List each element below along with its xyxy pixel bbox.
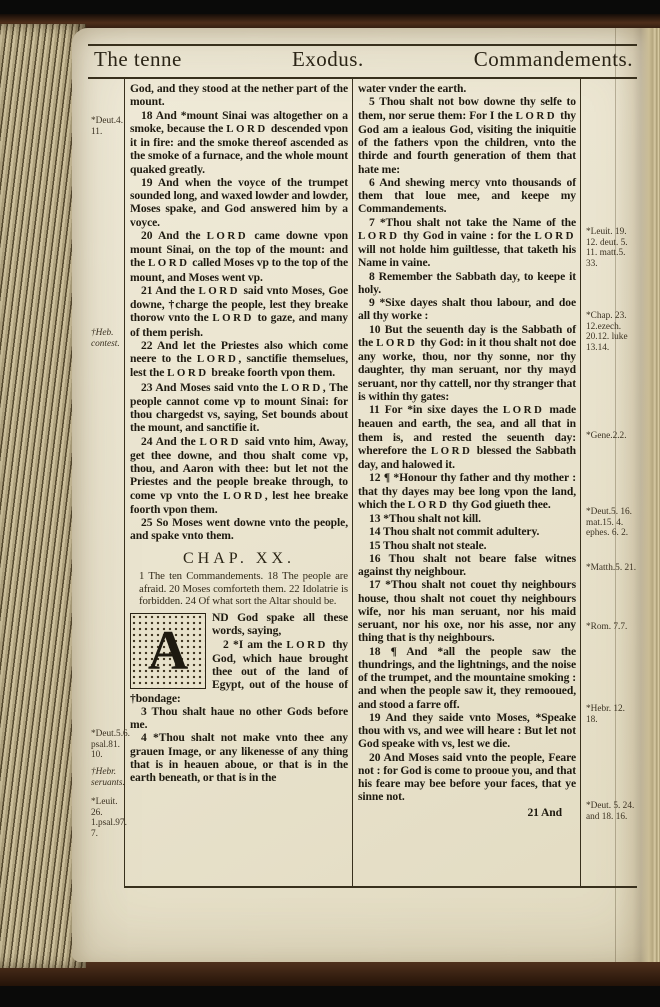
verse-paragraph: 19 And they saide vnto Moses, *Speake th… <box>358 711 576 751</box>
margin-note: *Deut.5.6. psal.81. 10. <box>91 729 122 761</box>
margin-note: *Chap. 23. 12.ezech. 20.12. luke 13.14. <box>586 311 637 353</box>
verse-paragraph: 15 Thou shalt not steale. <box>358 539 576 552</box>
running-header: The tenne Exodus. Commandements. <box>88 44 637 79</box>
verse-paragraph: 5 Thou shalt not bow downe thy selfe to … <box>358 95 576 176</box>
lord-smallcaps: LORD <box>408 499 449 511</box>
margin-note: *Deut. 5. 24. and 18. 16. <box>586 801 637 822</box>
verse-paragraph: 17 *Thou shalt not couet thy neighbours … <box>358 578 576 644</box>
left-margin-notes-column: *Deut.4. 11.†Heb. contest.*Deut.5.6. psa… <box>88 79 124 888</box>
margin-note: *Deut.5. 16. mat.15. 4. ephes. 6. 2. <box>586 507 637 539</box>
margin-note: †Hebr. seruants. <box>91 767 122 788</box>
verse-paragraph: 8 Remember the Sabbath day, to keepe it … <box>358 270 576 297</box>
verse-paragraph: 18 And *mount Sinai was altogether on a … <box>130 109 348 176</box>
verse-paragraph-initial: AND God spake all these words, saying, <box>130 611 348 638</box>
page-body: *Deut.4. 11.†Heb. contest.*Deut.5.6. psa… <box>88 79 637 888</box>
main-text-area: God, and they stood at the nether part o… <box>124 79 637 888</box>
verse-paragraph: 24 And the LORD said vnto him, Away, get… <box>130 435 348 517</box>
lord-smallcaps: LORD <box>223 490 264 502</box>
lord-smallcaps: LORD <box>503 404 544 416</box>
verse-paragraph: 7 *Thou shalt not take the Name of the L… <box>358 216 576 270</box>
columns-wrap: God, and they stood at the nether part o… <box>124 79 581 886</box>
lord-smallcaps: LORD <box>358 230 399 242</box>
margin-note: *Leuit. 19. 12. deut. 5. 11. matt.5. 33. <box>586 227 637 269</box>
lord-smallcaps: LORD <box>226 123 267 135</box>
margin-note: *Gene.2.2. <box>586 431 637 442</box>
lord-smallcaps: LORD <box>286 639 327 651</box>
lord-smallcaps: LORD <box>200 436 241 448</box>
lord-smallcaps: LORD <box>198 285 239 297</box>
running-header-center: Exodus. <box>292 47 364 72</box>
lord-smallcaps: LORD <box>281 382 322 394</box>
chapter-heading: CHAP. XX. <box>130 552 348 565</box>
lord-smallcaps: LORD <box>167 367 208 379</box>
verse-paragraph: 13 *Thou shalt not kill. <box>358 512 576 525</box>
lord-smallcaps: LORD <box>516 110 557 122</box>
verse-paragraph: 20 And the LORD came downe vpon mount Si… <box>130 229 348 284</box>
lord-smallcaps: LORD <box>197 353 238 365</box>
text-column-right: water vnder the earth.5 Thou shalt not b… <box>353 79 580 886</box>
lord-smallcaps: LORD <box>376 337 417 349</box>
running-header-left: The tenne <box>94 47 182 72</box>
verse-paragraph: 10 But the seuenth day is the Sabbath of… <box>358 323 576 404</box>
verse-paragraph: 12 ¶ *Honour thy father and thy mother :… <box>358 471 576 512</box>
running-header-right: Commandements. <box>474 47 633 72</box>
verse-paragraph: 9 *Sixe dayes shalt thou labour, and doe… <box>358 296 576 323</box>
right-margin-notes-column: *Leuit. 19. 12. deut. 5. 11. matt.5. 33.… <box>581 79 637 886</box>
verse-paragraph: 14 Thou shalt not commit adultery. <box>358 525 576 538</box>
verse-paragraph: 16 Thou shalt not beare false witnes aga… <box>358 552 576 579</box>
margin-note: *Leuit. 26. 1.psal.97. 7. <box>91 797 122 839</box>
margin-note: *Matth.5. 21. <box>586 563 637 574</box>
margin-note: †Heb. contest. <box>91 328 122 349</box>
verse-paragraph: water vnder the earth. <box>358 82 576 95</box>
text-column-left: God, and they stood at the nether part o… <box>125 79 353 886</box>
text-block: The tenne Exodus. Commandements. *Deut.4… <box>88 44 637 888</box>
verse-paragraph: 25 So Moses went downe vnto the people, … <box>130 516 348 543</box>
verse-paragraph: 20 And Moses said vnto the people, Feare… <box>358 751 576 804</box>
margin-note: *Hebr. 12. 18. <box>586 704 637 725</box>
verse-paragraph: 19 And when the voyce of the trumpet sou… <box>130 176 348 229</box>
lord-smallcaps: LORD <box>212 312 253 324</box>
verse-paragraph: 6 And shewing mercy vnto thousands of th… <box>358 176 576 216</box>
book-photo: The tenne Exodus. Commandements. *Deut.4… <box>0 0 660 1007</box>
margin-note: *Deut.4. 11. <box>91 116 122 137</box>
verse-paragraph: God, and they stood at the nether part o… <box>130 82 348 109</box>
lord-smallcaps: LORD <box>148 257 189 269</box>
catchword: 21 And <box>358 806 576 819</box>
verse-paragraph: 22 And let the Priestes also which come … <box>130 339 348 381</box>
margin-note: *Rom. 7.7. <box>586 622 637 633</box>
verse-paragraph: 4 *Thou shalt not make vnto thee any gra… <box>130 731 348 784</box>
lord-smallcaps: LORD <box>207 230 248 242</box>
verse-paragraph: 21 And the LORD said vnto Moses, Goe dow… <box>130 284 348 339</box>
chapter-summary: 1 The ten Commandements. 18 The people a… <box>130 570 348 608</box>
verse-paragraph: 23 And Moses said vnto the LORD, The peo… <box>130 381 348 435</box>
drop-cap-initial: A <box>130 613 206 689</box>
lord-smallcaps: LORD <box>431 445 472 457</box>
verse-paragraph: 3 Thou shalt haue no other Gods before m… <box>130 705 348 732</box>
lord-smallcaps: LORD <box>535 230 576 242</box>
verse-paragraph: 18 ¶ And *all the people saw the thundri… <box>358 645 576 711</box>
verse-paragraph: 11 For *in sixe dayes the LORD made heau… <box>358 403 576 471</box>
